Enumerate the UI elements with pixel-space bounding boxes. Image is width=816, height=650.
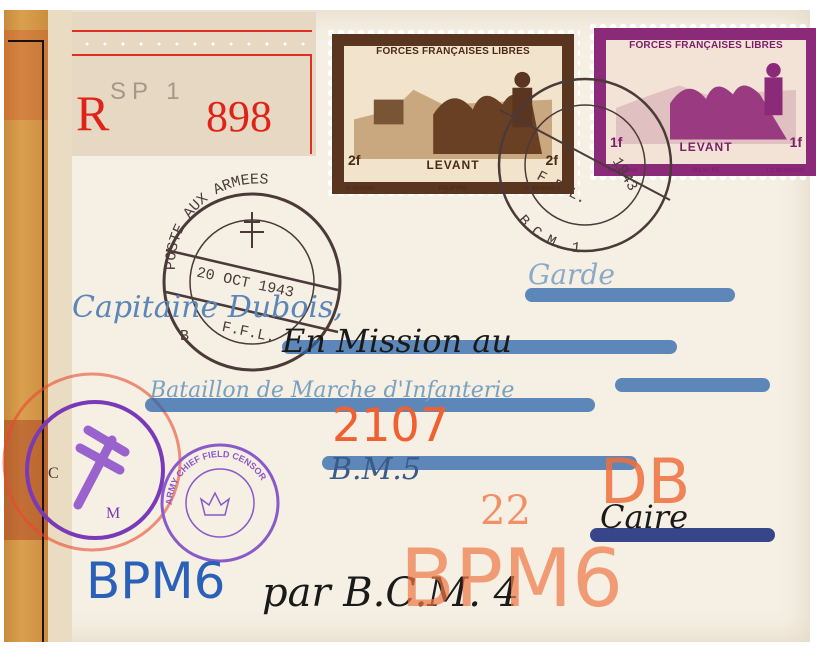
- censor-tape-line: [42, 42, 44, 642]
- tape-edge: [48, 10, 72, 642]
- stamp-country: LEVANT: [344, 158, 562, 172]
- registration-office-mark: SP 1: [110, 78, 186, 106]
- stamp-printer: I.C. BEYROUTH: [523, 186, 560, 192]
- camel-riders-illustration: [616, 54, 796, 144]
- stamp-title: FORCES FRANÇAISES LIBRES: [606, 40, 806, 51]
- red-crayon-22: 22: [480, 488, 531, 534]
- red-crayon-bpm6: BPM6: [400, 532, 623, 625]
- address-line-2: En Mission au: [282, 322, 512, 360]
- stamp-title: FORCES FRANÇAISES LIBRES: [344, 46, 562, 57]
- blue-crayon-bpm6: BPM6: [86, 552, 225, 610]
- address-line-4: B.M.5: [330, 452, 421, 487]
- red-crayon-2107: 2107: [332, 398, 449, 452]
- strike-bar: [615, 378, 770, 392]
- red-crayon-db: DB: [600, 445, 690, 518]
- address-line-1: Capitaine Dubois,: [72, 290, 343, 325]
- registration-letter: R: [76, 88, 109, 138]
- registration-number: 898: [206, 95, 272, 139]
- camel-riders-illustration: [354, 60, 552, 159]
- stamp-country: LEVANT: [606, 140, 806, 154]
- stamp-1f-levant: FORCES FRANÇAISES LIBRES 1f 1f LEVANT R.…: [588, 22, 816, 182]
- stamp-2f-levant: FORCES FRANÇAISES LIBRES 2f 2f LEVANT R.…: [326, 28, 580, 200]
- address-struck-word: Garde: [528, 258, 615, 291]
- stamp-printer: I.C. BEYROUTH: [767, 168, 804, 174]
- censor-tape-line: [8, 40, 44, 42]
